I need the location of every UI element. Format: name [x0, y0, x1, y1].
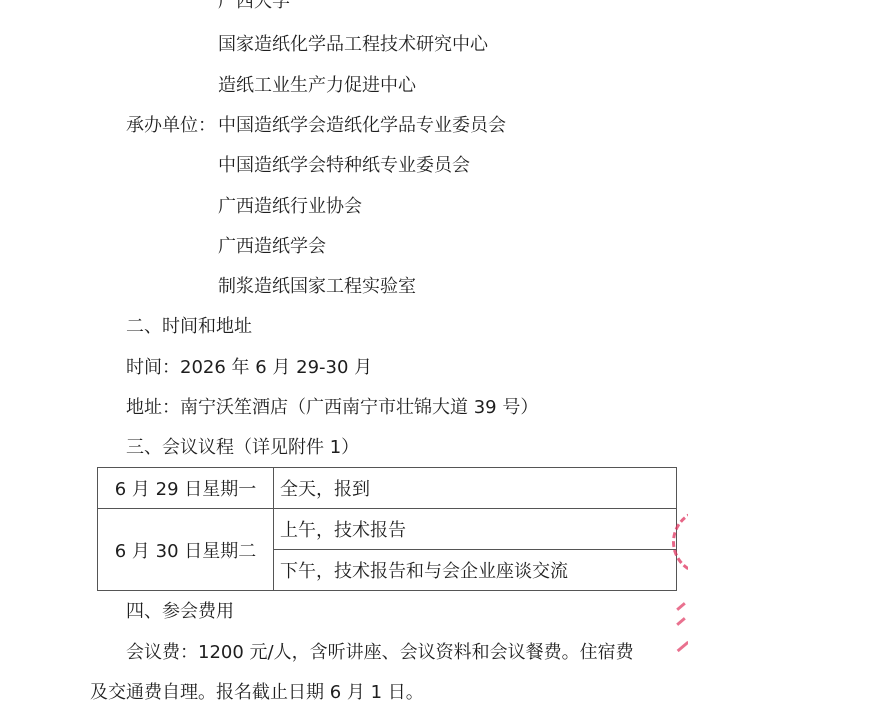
table-row: 6 月 29 日星期一 全天，报到	[98, 468, 677, 509]
section-heading-time-place: 二、时间和地址	[126, 316, 252, 338]
section-heading-fees: 四、参会费用	[126, 601, 234, 623]
agenda-item-cell: 上午，技术报告	[274, 509, 677, 550]
co-organizer-line: 广西造纸学会	[218, 236, 326, 258]
agenda-item-cell: 全天，报到	[274, 468, 677, 509]
agenda-item-cell: 下午，技术报告和与会企业座谈交流	[274, 550, 677, 591]
section-heading-agenda: 三、会议议程（详见附件 1）	[126, 437, 359, 459]
co-organizer-line: 中国造纸学会特种纸专业委员会	[218, 155, 470, 177]
organizer-line: 造纸工业生产力促进中心	[218, 75, 416, 97]
co-organizer-line: 制浆造纸国家工程实验室	[218, 276, 416, 298]
agenda-date-cell: 6 月 29 日星期一	[98, 468, 274, 509]
organizer-line: 国家造纸化学品工程技术研究中心	[218, 34, 488, 56]
address-line: 地址：南宁沃笙酒店（广西南宁市壮锦大道 39 号）	[126, 397, 538, 419]
co-organizer-line: 中国造纸学会造纸化学品专业委员会	[218, 115, 506, 137]
fee-text-line: 及交通费自理。报名截止日期 6 月 1 日。	[90, 682, 424, 704]
agenda-date-cell: 6 月 30 日星期二	[98, 509, 274, 591]
agenda-table: 6 月 29 日星期一 全天，报到 6 月 30 日星期二 上午，技术报告 下午…	[97, 467, 677, 591]
fee-text-line: 会议费：1200 元/人，含听讲座、会议资料和会议餐费。住宿费	[126, 642, 634, 664]
time-line: 时间：2026 年 6 月 29-30 月	[126, 357, 372, 379]
co-organizer-line: 广西造纸行业协会	[218, 196, 362, 218]
co-organizer-label: 承办单位：	[126, 115, 216, 137]
organizer-line: 广西大学	[218, 0, 290, 13]
table-row: 6 月 30 日星期二 上午，技术报告	[98, 509, 677, 550]
red-seal-stamp-icon	[668, 505, 688, 655]
